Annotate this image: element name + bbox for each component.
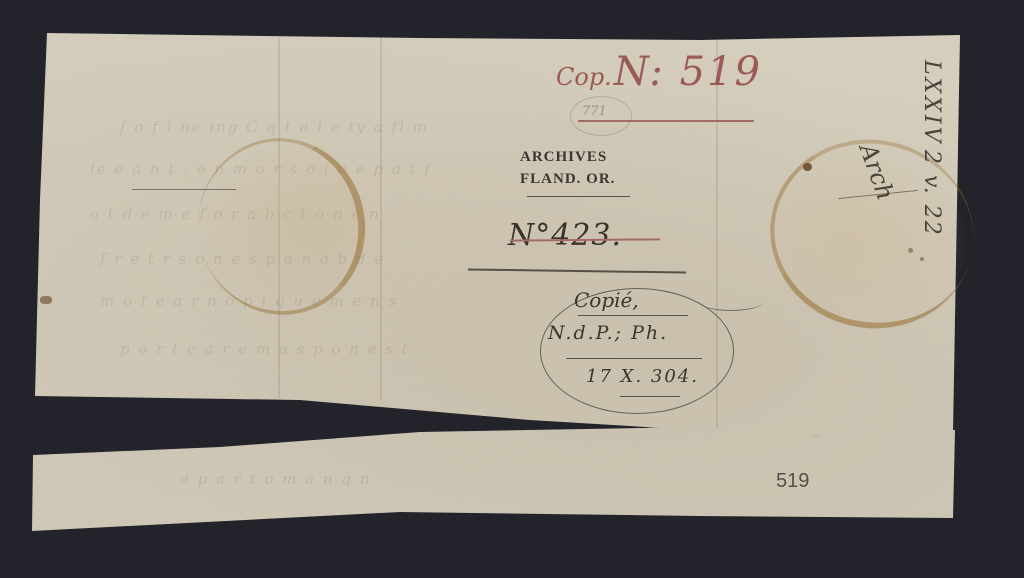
pencil-mark bbox=[132, 189, 236, 190]
stamp-line-1: ARCHIVES bbox=[520, 146, 615, 168]
margin-note-folio: 2 v. 22 bbox=[919, 150, 944, 237]
margin-note-roman: LXXIV bbox=[919, 60, 944, 146]
stamp-underline bbox=[527, 196, 630, 197]
struck-old-number: N°423. bbox=[508, 218, 622, 253]
copy-note-line-3: 17 X. 304. bbox=[586, 366, 699, 387]
ink-spot bbox=[40, 296, 52, 304]
archive-stamp: ARCHIVES FLAND. OR. bbox=[520, 146, 615, 190]
ink-spot bbox=[920, 257, 924, 261]
red-number-value: 519 bbox=[680, 49, 762, 95]
copy-note-rule bbox=[620, 396, 680, 397]
bleed-through-text: e p a r t o m a n q n bbox=[180, 470, 371, 488]
strip-page-number: 519 bbox=[776, 470, 809, 493]
red-catalog-number: Cop.N: 519 bbox=[556, 52, 762, 92]
copy-note-rule bbox=[578, 315, 688, 316]
old-number-value: 423. bbox=[551, 218, 622, 253]
copy-note-line-1: Copié, bbox=[574, 288, 639, 312]
old-number-label: N° bbox=[508, 218, 551, 253]
bleed-through-text: p o r t e a r e m a s p o n e s t bbox=[120, 340, 410, 358]
red-number-prefix: Cop. bbox=[556, 63, 612, 91]
bleed-through-text: ſ o f l ne ing C q t a l e ty a fl m bbox=[120, 118, 429, 136]
red-underline bbox=[578, 120, 754, 122]
small-tear-mark bbox=[700, 294, 762, 311]
ink-spot bbox=[803, 163, 812, 171]
archive-scan-canvas: ſ o f l ne ing C q t a l e ty a fl m le … bbox=[0, 0, 1024, 578]
red-number-label: N: bbox=[614, 49, 665, 95]
copy-note-line-2: N.d.P.; Ph. bbox=[548, 322, 668, 344]
faint-oval-number: 771 bbox=[582, 104, 607, 119]
stamp-line-2: FLAND. OR. bbox=[520, 168, 615, 190]
copy-note-rule bbox=[566, 358, 702, 359]
ink-spot bbox=[908, 248, 913, 253]
